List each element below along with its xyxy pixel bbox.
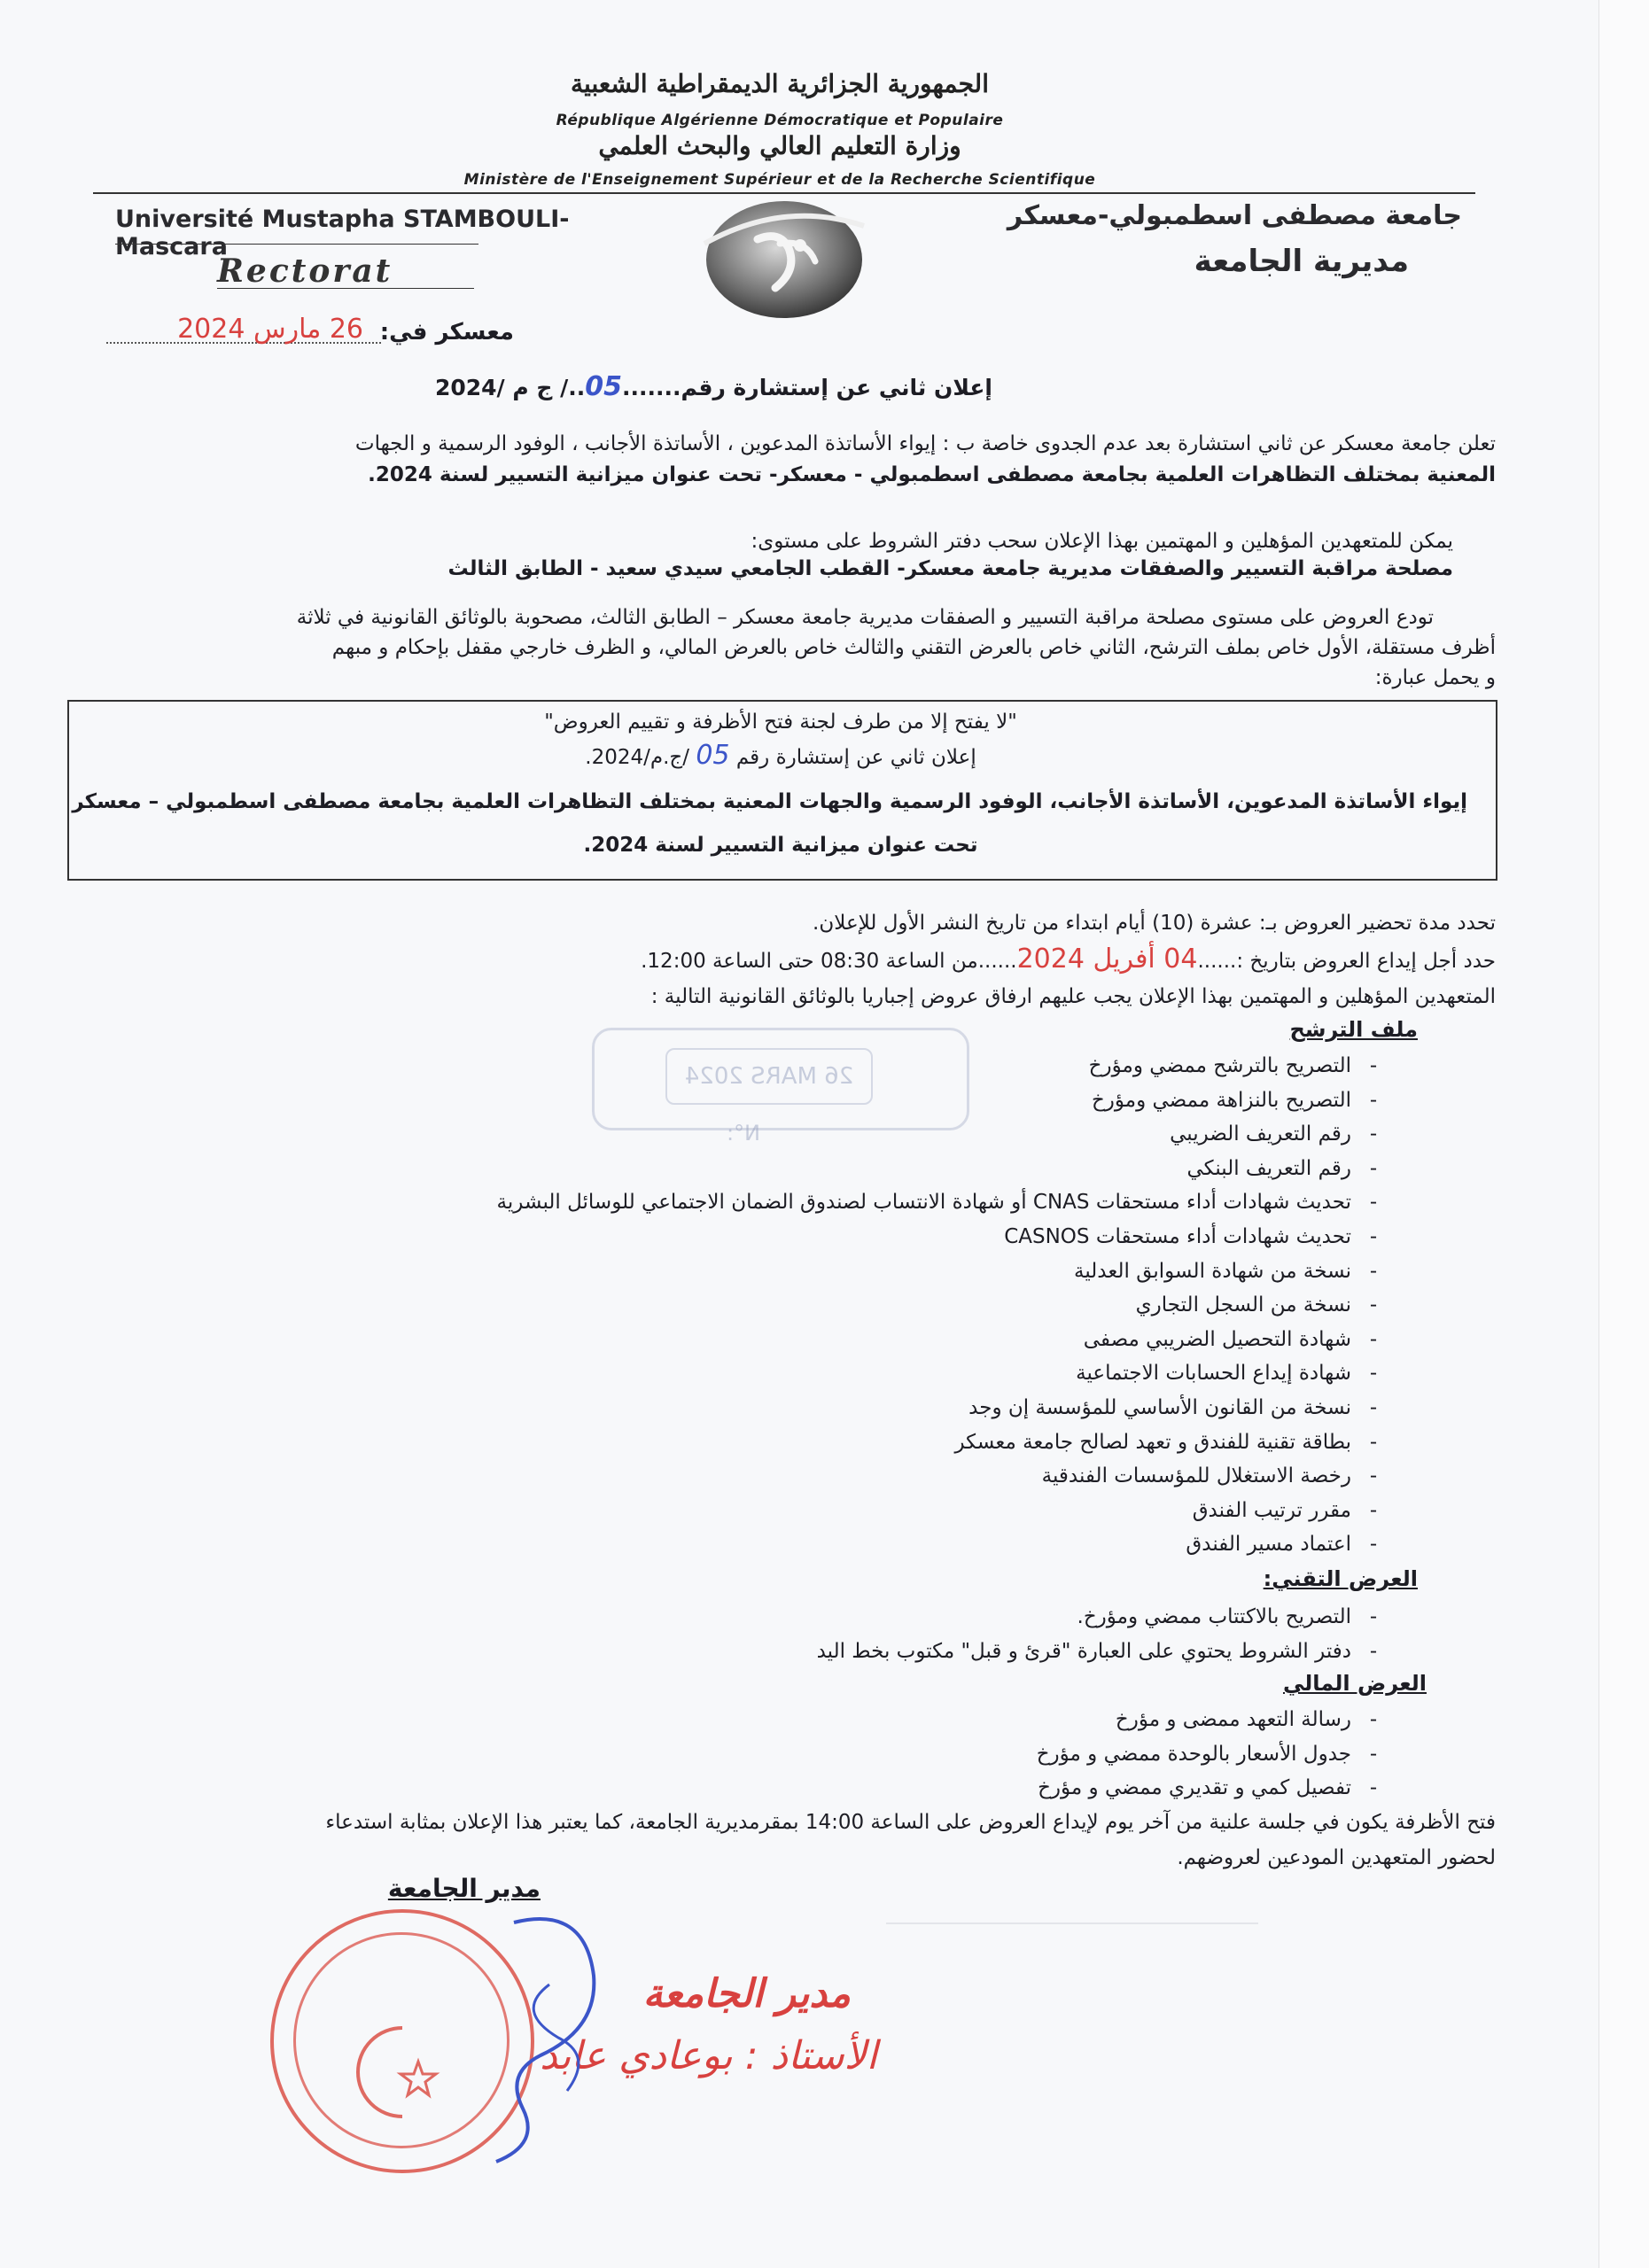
deposit-deadline-prefix: حدد أجل إيداع العروض بتاريخ :...... xyxy=(1197,950,1496,973)
intro-line-1: تعلن جامعة معسكر عن ثاني استشارة بعد عدم… xyxy=(78,429,1496,459)
candidacy-documents-list: -التصريح بالترشح ممضي ومؤرخ -التصريح بال… xyxy=(226,1049,1396,1562)
republic-french: République Algérienne Démocratique et Po… xyxy=(478,112,1081,129)
list-item-text: تحديث شهادات أداء مستحقات CASNOS xyxy=(1004,1225,1351,1248)
list-item-text: التصريح بالاكتتاب ممضي ومؤرخ. xyxy=(1077,1605,1351,1628)
list-item-text: التصريح بالترشح ممضي ومؤرخ xyxy=(1089,1054,1351,1077)
section-title-financial-offer: العرض المالي xyxy=(1152,1671,1427,1696)
announcement-title-suffix: ../ ج م /2024 xyxy=(435,375,585,400)
republic-arabic: الجمهورية الجزائرية الديمقراطية الشعبية xyxy=(496,69,1063,98)
rectorat-underline xyxy=(217,288,474,289)
list-item: -التصريح بالنزاهة ممضي ومؤرخ xyxy=(226,1084,1396,1118)
university-underline xyxy=(115,244,478,245)
list-item-text: التصريح بالنزاهة ممضي ومؤرخ xyxy=(1092,1089,1351,1112)
document-page: الجمهورية الجزائرية الديمقراطية الشعبية … xyxy=(0,0,1599,2268)
list-item: -التصريح بالاكتتاب ممضي ومؤرخ. xyxy=(226,1600,1396,1635)
list-item-text: رقم التعريف الضريبي xyxy=(1170,1122,1351,1146)
directorate-arabic: مديرية الجامعة xyxy=(1037,244,1409,279)
box-line-2: إعلان ثاني عن إستشارة رقم 05 /ج.م/2024. xyxy=(67,741,1494,773)
financial-offer-list: -رسالة التعهد ممضى و مؤرخ -جدول الأسعار … xyxy=(226,1703,1396,1806)
list-item-text: رقم التعريف البنكي xyxy=(1186,1157,1351,1180)
list-item-text: نسخة من السجل التجاري xyxy=(1136,1293,1351,1317)
list-item: -بطاقة تقنية للفندق و تعهد لصالح جامعة م… xyxy=(226,1425,1396,1460)
deposit-line-2: أظرف مستقلة، الأول خاص بملف الترشح، الثا… xyxy=(78,633,1496,663)
box-line-3: إيواء الأساتذة المدعوين، الأساتذة الأجان… xyxy=(112,787,1467,817)
deposit-line-1: تودع العروض على مستوى مصلحة مراقبة التسي… xyxy=(78,602,1434,633)
signature-title: مدير الجامعة xyxy=(292,1874,541,1903)
deposit-deadline-line: حدد أجل إيداع العروض بتاريخ :......04 أف… xyxy=(496,944,1496,976)
technical-offer-list: -التصريح بالاكتتاب ممضي ومؤرخ. -دفتر الش… xyxy=(226,1600,1396,1668)
handwritten-deposit-date: 04 أفريل 2024 xyxy=(1017,944,1198,975)
list-item: -مقرر ترتيب الفندق xyxy=(226,1494,1396,1528)
list-item-text: دفتر الشروط يحتوي على العبارة "قرئ و قبل… xyxy=(817,1640,1351,1663)
intro-line-2: المعنية بمختلف التظاهرات العلمية بجامعة … xyxy=(78,460,1496,490)
list-item-text: شهادة التحصيل الضريبي مصفى xyxy=(1084,1328,1351,1351)
handwritten-date: 26 مارس 2024 xyxy=(142,314,363,345)
closing-line-2: لحضور المتعهدين المودعين لعروضهم. xyxy=(78,1843,1496,1873)
list-item-text: رسالة التعهد ممضى و مؤرخ xyxy=(1116,1708,1351,1731)
list-item: -شهادة إيداع الحسابات الاجتماعية xyxy=(226,1356,1396,1391)
reverse-side-bleed xyxy=(886,1922,1258,2039)
list-item-text: تفصيل كمي و تقديري ممضي و مؤرخ xyxy=(1038,1776,1351,1799)
section-title-candidacy: ملف الترشح xyxy=(1152,1017,1418,1042)
list-item: -نسخة من شهادة السوابق العدلية xyxy=(226,1254,1396,1289)
list-item: -شهادة التحصيل الضريبي مصفى xyxy=(226,1323,1396,1357)
list-item: -نسخة من السجل التجاري xyxy=(226,1288,1396,1323)
box-announcement-number: 05 xyxy=(696,740,729,771)
obligation-line: المتعهدين المؤهلين و المهتمين بهذا الإعل… xyxy=(266,982,1496,1012)
announcement-number: 05 xyxy=(585,371,622,402)
deposit-line-3: و يحمل عبارة: xyxy=(1241,663,1496,693)
closing-line-1: فتح الأظرفة يكون في جلسة علنية من آخر يو… xyxy=(78,1807,1496,1837)
ministry-arabic: وزارة التعليم العالي والبحث العلمي xyxy=(496,131,1063,160)
list-item: -رخصة الاستغلال للمؤسسات الفندقية xyxy=(226,1459,1396,1494)
box-line-1: "لا يفتح إلا من طرف لجنة فتح الأظرفة و ت… xyxy=(67,707,1494,737)
specs-line-2: مصلحة مراقبة التسيير والصفقات مديرية جام… xyxy=(301,554,1453,584)
list-item: -نسخة من القانون الأساسي للمؤسسة إن وجد xyxy=(226,1391,1396,1425)
list-item-text: اعتماد مسير الفندق xyxy=(1186,1533,1351,1556)
list-item: -رقم التعريف البنكي xyxy=(226,1152,1396,1186)
list-item: -تحديث شهادات أداء مستحقات CASNOS xyxy=(226,1220,1396,1254)
rectorat-label: Rectorat xyxy=(217,252,509,290)
list-item: -التصريح بالترشح ممضي ومؤرخ xyxy=(226,1049,1396,1084)
list-item-text: نسخة من شهادة السوابق العدلية xyxy=(1074,1260,1351,1283)
box-line-2-suffix: /ج.م/2024. xyxy=(585,746,689,769)
prep-time-line: تحدد مدة تحضير العروض بـ: عشرة (10) أيام… xyxy=(532,908,1496,938)
announcement-title-prefix: إعلان ثاني عن إستشارة رقم....... xyxy=(622,375,992,400)
list-item: -رقم التعريف الضريبي xyxy=(226,1117,1396,1152)
intro-line-1-text: تعلن جامعة معسكر عن ثاني استشارة بعد عدم… xyxy=(355,432,1496,455)
list-item-text: رخصة الاستغلال للمؤسسات الفندقية xyxy=(1042,1464,1351,1487)
announcement-title: إعلان ثاني عن إستشارة رقم.......05../ ج … xyxy=(461,372,992,403)
university-logo xyxy=(696,190,873,323)
list-item-text: جدول الأسعار بالوحدة ممضي و مؤرخ xyxy=(1037,1743,1351,1766)
specs-line-1: يمكن للمتعهدين المؤهلين و المهتمين بهذا … xyxy=(354,526,1453,556)
date-label: معسكر في: xyxy=(372,317,514,347)
list-item-text: تحديث شهادات أداء مستحقات CNAS أو شهادة … xyxy=(497,1191,1351,1214)
list-item: -دفتر الشروط يحتوي على العبارة "قرئ و قب… xyxy=(226,1635,1396,1669)
handwritten-signature-icon xyxy=(461,1905,638,2171)
seal-crescent-star-icon xyxy=(340,2019,464,2125)
ministry-french: Ministère de l'Enseignement Supérieur et… xyxy=(390,171,1170,189)
list-item: -تفصيل كمي و تقديري ممضي و مؤرخ xyxy=(226,1771,1396,1806)
list-item-text: شهادة إيداع الحسابات الاجتماعية xyxy=(1076,1362,1351,1385)
list-item: -جدول الأسعار بالوحدة ممضي و مؤرخ xyxy=(226,1737,1396,1772)
scan-edge-strip xyxy=(1598,0,1649,2268)
list-item-text: مقرر ترتيب الفندق xyxy=(1193,1499,1351,1522)
list-item: -رسالة التعهد ممضى و مؤرخ xyxy=(226,1703,1396,1737)
university-name-arabic: جامعة مصطفى اسطمبولي-معسكر xyxy=(1001,200,1462,231)
list-item-text: بطاقة تقنية للفندق و تعهد لصالح جامعة مع… xyxy=(954,1431,1351,1454)
list-item: -تحديث شهادات أداء مستحقات CNAS أو شهادة… xyxy=(226,1185,1396,1220)
section-title-technical-offer: العرض التقني: xyxy=(1152,1566,1418,1591)
box-line-2-prefix: إعلان ثاني عن إستشارة رقم xyxy=(736,746,976,769)
deposit-deadline-suffix: ......من الساعة 08:30 حتى الساعة 12:00. xyxy=(641,950,1016,973)
list-item-text: نسخة من القانون الأساسي للمؤسسة إن وجد xyxy=(968,1396,1351,1419)
list-item: -اعتماد مسير الفندق xyxy=(226,1527,1396,1562)
box-line-4: تحت عنوان ميزانية التسيير لسنة 2024. xyxy=(67,830,1494,860)
